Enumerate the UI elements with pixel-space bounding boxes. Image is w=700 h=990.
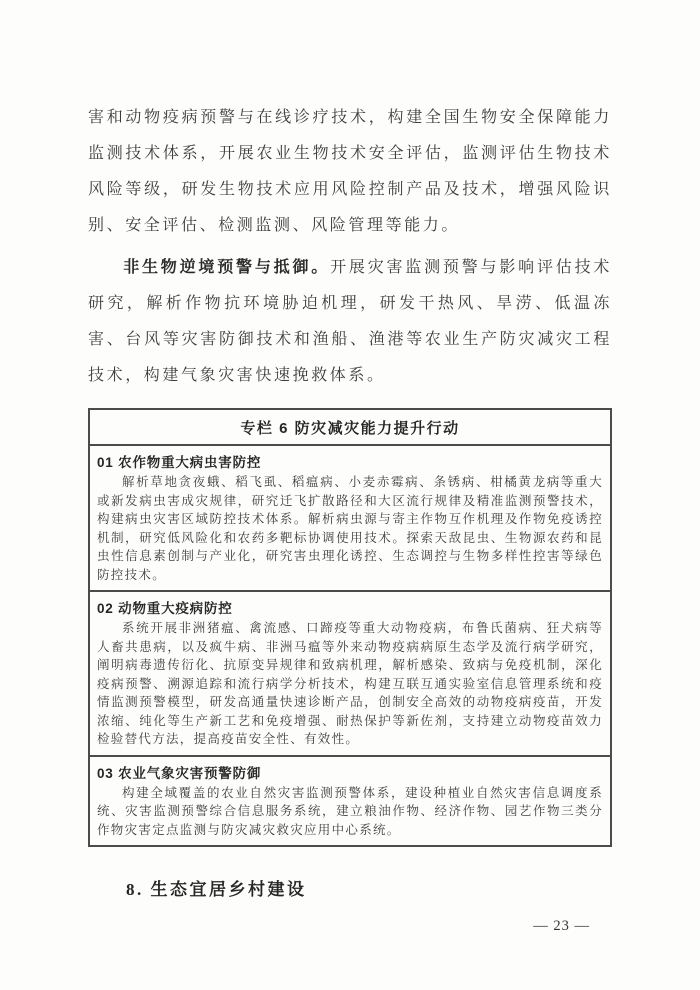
box-section-03-heading: 03 农业气象灾害预警防御 bbox=[97, 762, 603, 782]
document-page: 害和动物疫病预警与在线诊疗技术，构建全国生物安全保障能力监测技术体系，开展农业生… bbox=[0, 0, 700, 990]
paragraph-abiotic-stress-body: 开展灾害监测预警与影响评估技术研究，解析作物抗环境胁迫机理，研发干热风、旱涝、低… bbox=[88, 259, 612, 384]
box-section-crop-pest-control: 01 农作物重大病虫害防控 解析草地贪夜蛾、稻飞虱、稻瘟病、小麦赤霉病、条锈病、… bbox=[90, 446, 610, 592]
column-box-6: 专栏 6 防灾减灾能力提升行动 01 农作物重大病虫害防控 解析草地贪夜蛾、稻飞… bbox=[88, 408, 612, 847]
box-section-02-heading: 02 动物重大疫病防控 bbox=[97, 597, 603, 617]
page-number: — 23 — bbox=[88, 918, 612, 935]
box-section-agro-meteorological-disaster: 03 农业气象灾害预警防御 构建全域覆盖的农业自然灾害监测预警体系，建设种植业自… bbox=[90, 757, 610, 846]
box-section-03-body: 构建全域覆盖的农业自然灾害监测预警体系，建设种植业自然灾害信息调度系统、灾害监测… bbox=[97, 784, 603, 840]
box-section-animal-epidemic-control: 02 动物重大疫病防控 系统开展非洲猪瘟、禽流感、口蹄疫等重大动物疫病，布鲁氏菌… bbox=[90, 592, 610, 757]
box-section-02-body: 系统开展非洲猪瘟、禽流感、口蹄疫等重大动物疫病，布鲁氏菌病、狂犬病等人畜共患病，… bbox=[97, 619, 603, 749]
paragraph-abiotic-stress-lead: 非生物逆境预警与抵御。 bbox=[123, 259, 330, 276]
paragraph-abiotic-stress: 非生物逆境预警与抵御。开展灾害监测预警与影响评估技术研究，解析作物抗环境胁迫机理… bbox=[88, 250, 612, 394]
box-section-01-heading: 01 农作物重大病虫害防控 bbox=[97, 451, 603, 471]
column-box-title: 专栏 6 防灾减灾能力提升行动 bbox=[90, 410, 610, 446]
paragraph-biosafety-continuation: 害和动物疫病预警与在线诊疗技术，构建全国生物安全保障能力监测技术体系，开展农业生… bbox=[88, 100, 612, 244]
box-section-01-body: 解析草地贪夜蛾、稻飞虱、稻瘟病、小麦赤霉病、条锈病、柑橘黄龙病等重大或新发病虫害… bbox=[97, 473, 603, 584]
section-heading-8: 8. 生态宜居乡村建设 bbox=[126, 875, 612, 900]
